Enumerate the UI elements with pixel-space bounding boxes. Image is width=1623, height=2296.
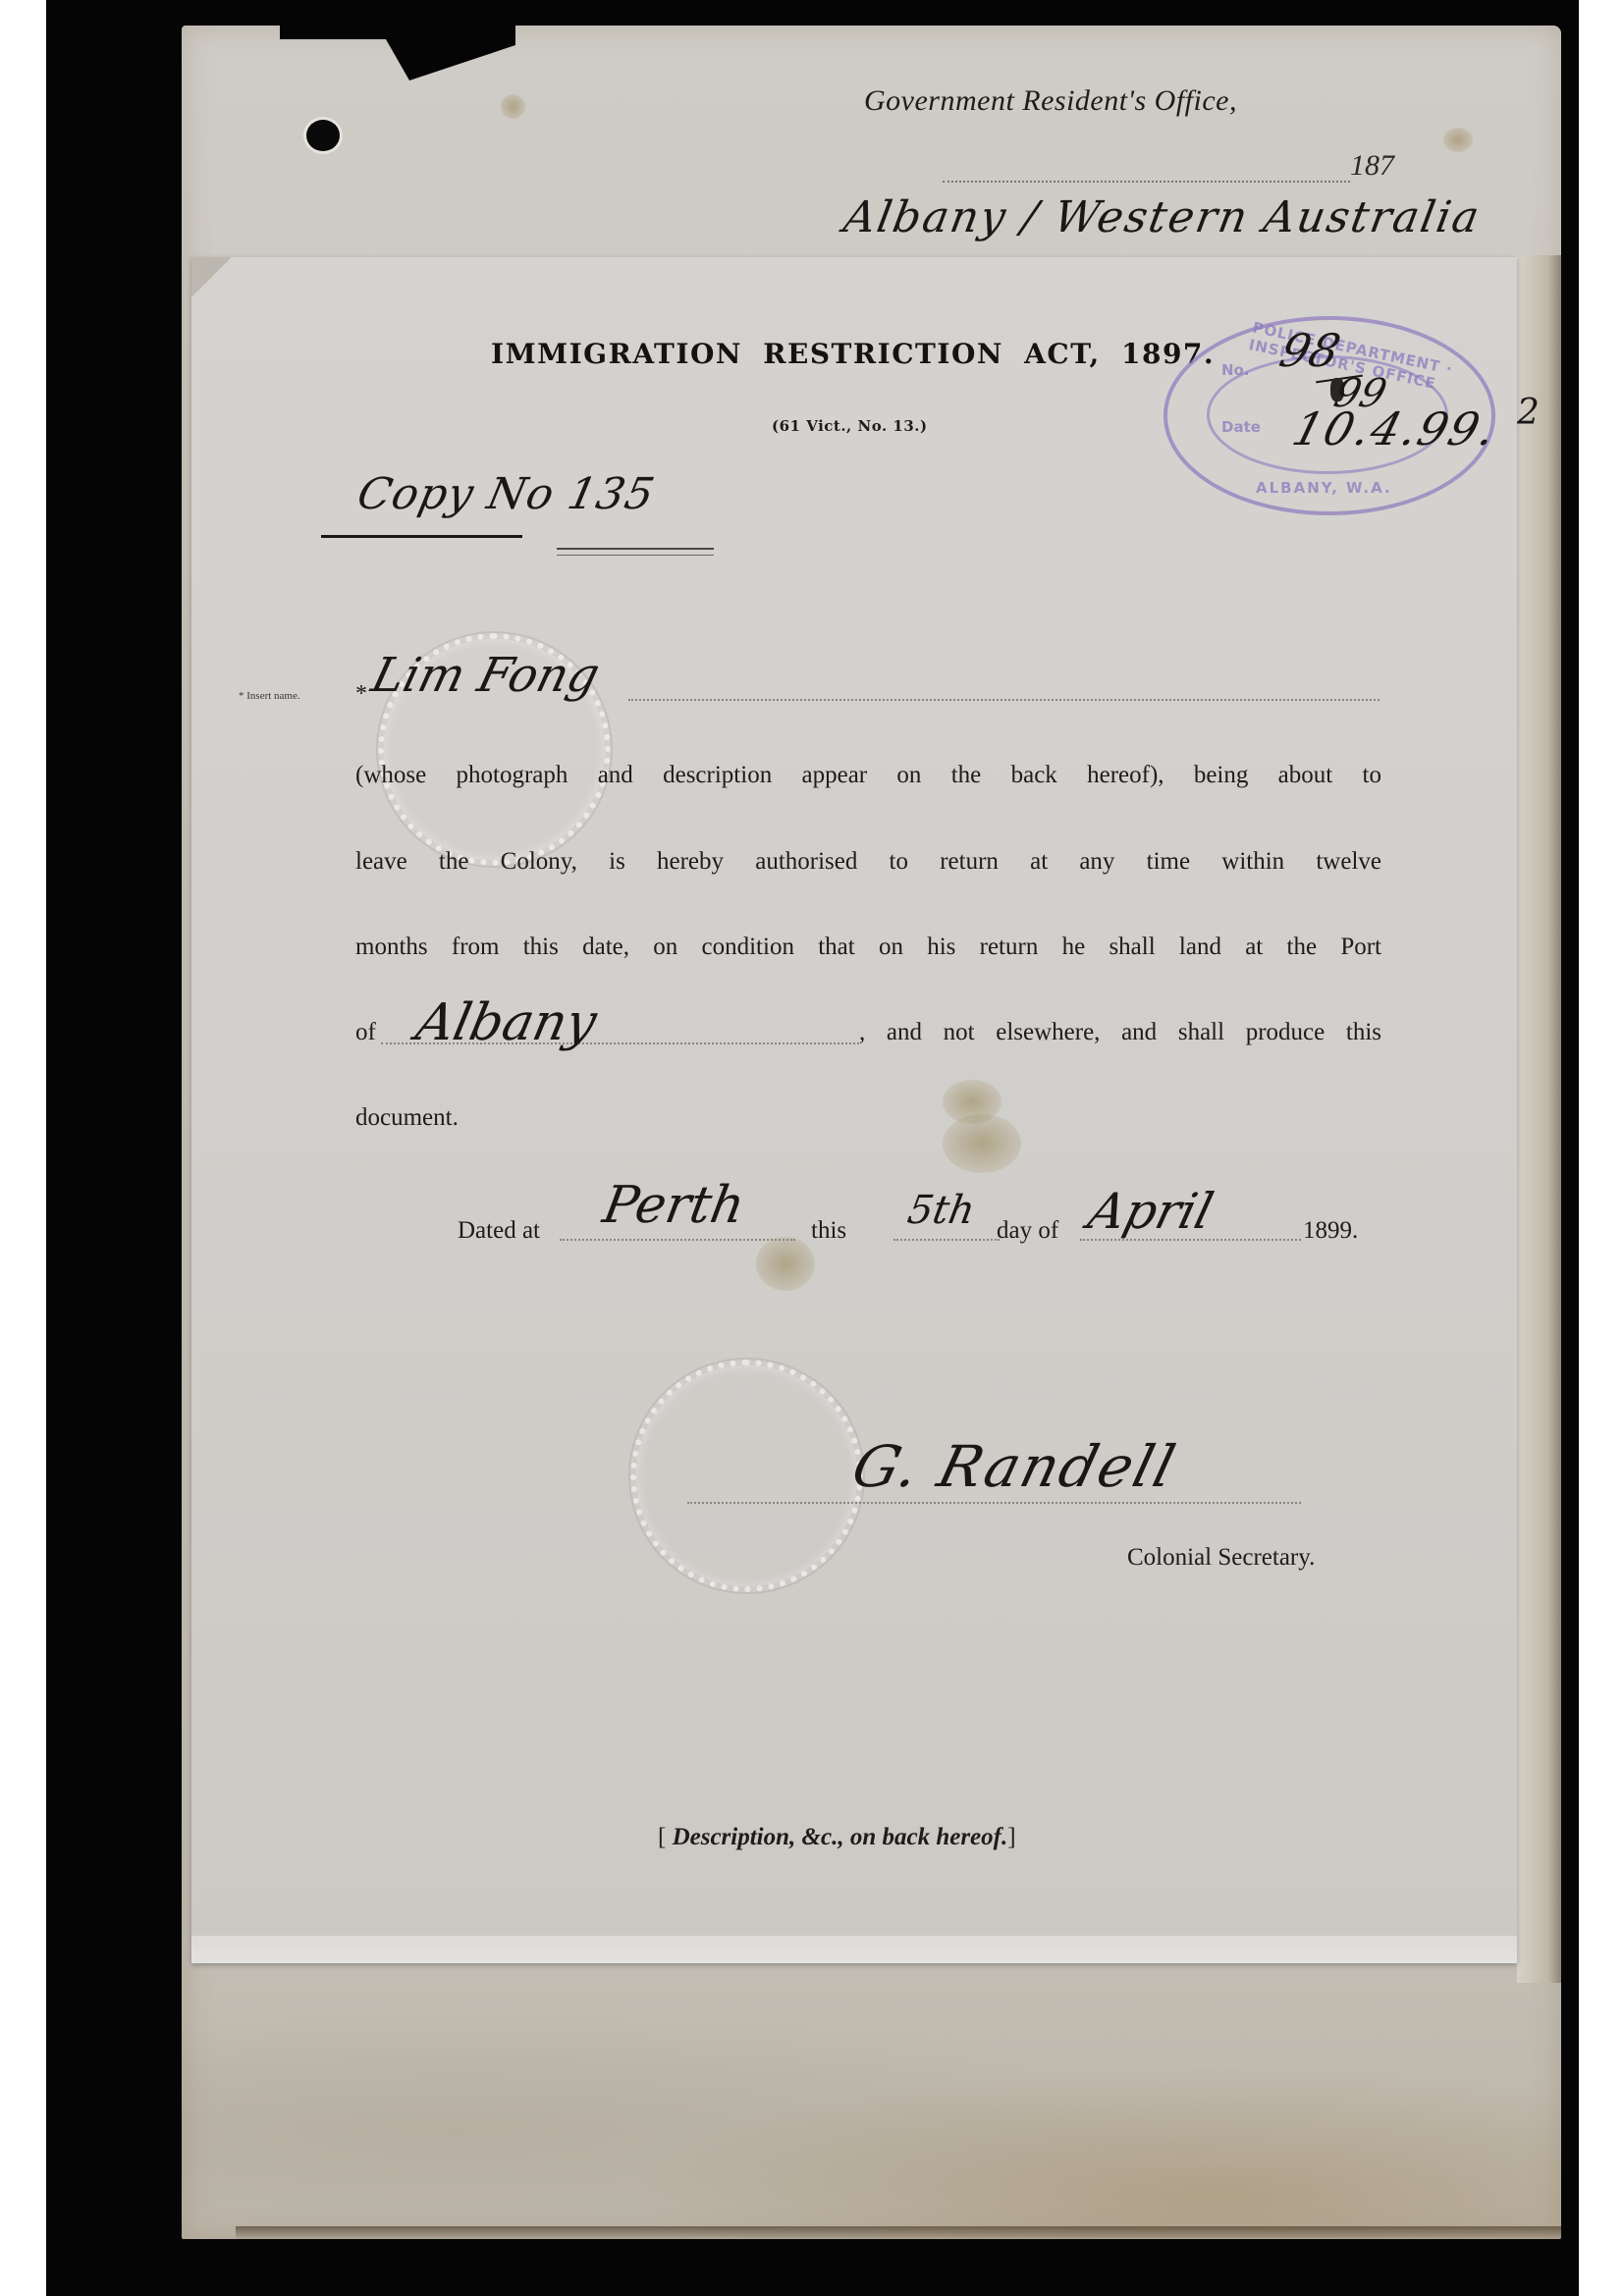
paper-tear (280, 22, 515, 80)
stamp-date-handwritten: 10.4.99. (1287, 402, 1504, 455)
year-prefix: 187 (1350, 149, 1394, 183)
folded-corner (191, 257, 231, 298)
name-dotted-line (628, 699, 1380, 701)
copy-underline (321, 535, 522, 538)
stain (501, 94, 525, 119)
stain (756, 1237, 815, 1291)
dated-at-label: Dated at (458, 1217, 540, 1245)
body-line-3: months from this date, on condition that… (355, 934, 1381, 961)
body-line-4-rest: , and not elsewhere, and shall produce t… (859, 1019, 1381, 1046)
handwritten-place: Albany / Western Australia (840, 192, 1486, 242)
double-rule-divider (557, 548, 714, 556)
dated-day-of-label: day of (997, 1217, 1058, 1245)
dated-year: 1899. (1303, 1217, 1358, 1245)
stamp-no-label: No. (1221, 361, 1250, 379)
sheet-bottom-band (191, 1936, 1517, 1963)
body-line-1: (whose photograph and description appear… (355, 762, 1381, 789)
paper-stains (182, 1963, 1561, 2238)
footer-open-bracket: [ (658, 1824, 666, 1850)
year-dotted-line (943, 181, 1350, 183)
dated-place: Perth (599, 1176, 749, 1235)
body-line-5: document. (355, 1104, 459, 1132)
footer-note-text: Description, &c., on back hereof. (673, 1824, 1008, 1850)
asterisk-marker: * (355, 681, 367, 708)
insert-name-note: * Insert name. (239, 690, 300, 702)
paper-bottom-edge (236, 2226, 1561, 2240)
margin-mark: 2 (1517, 393, 1540, 433)
stamp-date-label: Date (1221, 418, 1261, 436)
footer-note: [ Description, &c., on back hereof.] (658, 1824, 1016, 1851)
stamp-ring-text-bottom: ALBANY, W.A. (1256, 479, 1392, 497)
punch-hole-icon (306, 120, 340, 151)
body-line-2: leave the Colony, is hereby authorised t… (355, 848, 1381, 876)
stain (943, 1114, 1021, 1173)
dated-day-dotted-line (893, 1239, 1000, 1241)
port-handwritten: Albany (411, 993, 602, 1052)
signature: G. Randell (846, 1433, 1184, 1500)
footer-close-bracket: ] (1007, 1824, 1015, 1850)
signatory-title: Colonial Secretary. (1127, 1544, 1315, 1572)
paper-right-edge (1517, 255, 1561, 1983)
signature-dotted-line (687, 1502, 1301, 1504)
stain (1443, 128, 1473, 152)
embossed-seal-icon (630, 1360, 863, 1592)
body-line-4-prefix: of (355, 1019, 376, 1046)
copy-number: Copy No 135 (353, 469, 660, 519)
office-heading: Government Resident's Office, (864, 84, 1237, 118)
holder-name: Lim Fong (366, 648, 605, 703)
act-title: IMMIGRATION RESTRICTION ACT, 1897. (491, 338, 1215, 370)
dated-month: April (1083, 1183, 1218, 1240)
dated-this-label: this (811, 1217, 846, 1245)
dated-day: 5th (904, 1188, 978, 1233)
dated-place-dotted-line (560, 1239, 795, 1241)
act-citation: (61 Vict., No. 13.) (772, 417, 928, 435)
